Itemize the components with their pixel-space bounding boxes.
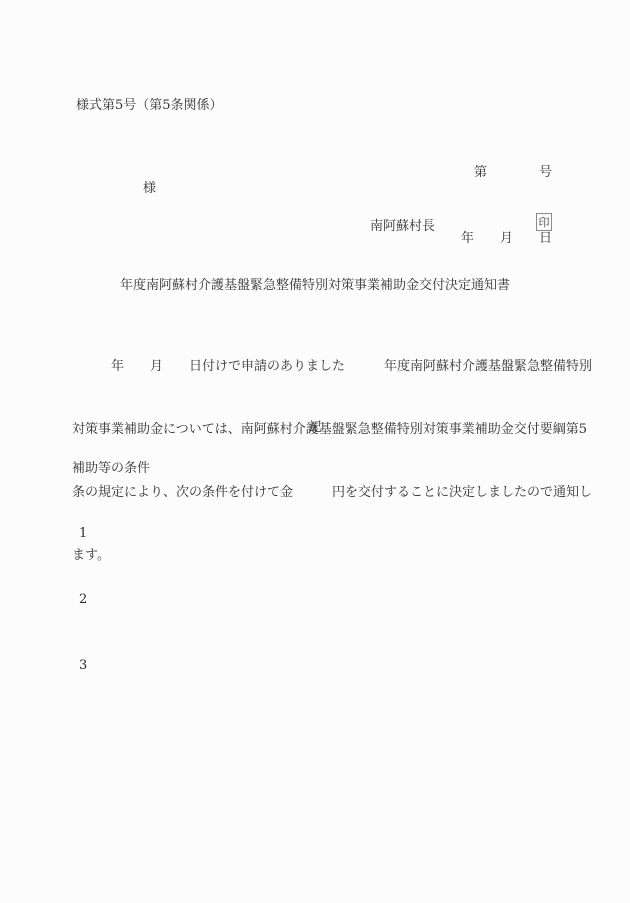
condition-item: 1 <box>79 523 96 545</box>
date-line: 年 月 日 <box>461 228 552 250</box>
condition-list: 1 2 3 <box>79 479 96 721</box>
document-number-line: 第 号 <box>461 162 552 184</box>
body-line: ます。 <box>72 545 562 566</box>
addressee-suffix: 様 <box>143 177 156 196</box>
condition-item: 3 <box>79 655 96 677</box>
number-date-block: 第 号 年 月 日 <box>461 118 552 294</box>
seal-stamp-box: 印 <box>536 213 552 231</box>
condition-item: 2 <box>79 589 96 611</box>
document-title: 年度南阿蘇村介護基盤緊急整備特別対策事業補助金交付決定通知書 <box>0 274 630 293</box>
sender-title: 南阿蘇村長 <box>370 215 435 234</box>
document-page: 様式第5号（第5条関係） 第 号 年 月 日 様 南阿蘇村長 印 年度南阿蘇村介… <box>0 0 630 903</box>
seal-label: 印 <box>539 214 550 230</box>
record-marker: 記 <box>0 416 630 435</box>
conditions-heading: 補助等の条件 <box>72 457 150 476</box>
body-line: 年 月 日付けで申請のありました 年度南阿蘇村介護基盤緊急整備特別 <box>72 356 562 377</box>
form-number: 様式第5号（第5条関係） <box>76 94 223 113</box>
body-line: 条の規定により、次の条件を付けて金 円を交付することに決定しましたので通知し <box>72 482 562 503</box>
